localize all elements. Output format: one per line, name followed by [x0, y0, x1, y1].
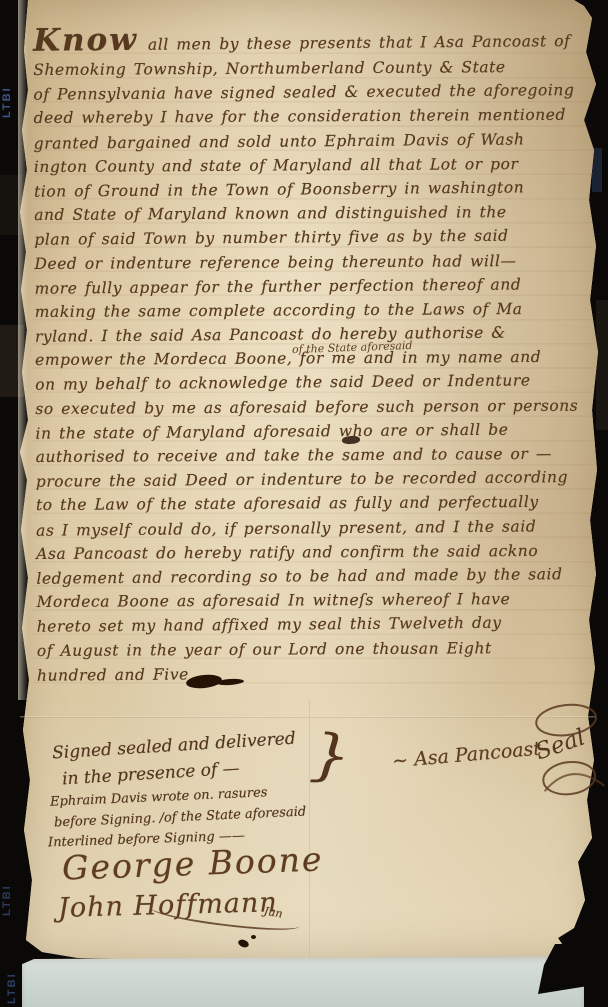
manuscript-line: of August in the year of our Lord one th…	[37, 635, 603, 663]
spine-label: LTBI	[1, 52, 13, 118]
manuscript-line-text: all men by these presents that I Asa Pan…	[148, 32, 571, 54]
manuscript-line: deed whereby I have for the consideratio…	[34, 103, 600, 131]
opening-word: Know	[33, 22, 138, 59]
manuscript-line: as I myself could do, if personally pres…	[36, 513, 602, 542]
manuscript-line: in the state of Maryland aforesaid who a…	[35, 417, 601, 446]
manuscript-line: ledgement and recording so to be had and…	[36, 562, 602, 591]
attestation-brace: }	[307, 722, 352, 790]
manuscript-line: to the Law of the state aforesaid as ful…	[36, 490, 602, 518]
manuscript-line: Knowall men by these presents that I Asa…	[33, 18, 599, 59]
spine-label: LTBI	[1, 850, 13, 916]
manuscript-line: more fully appear for the further perfec…	[35, 271, 601, 300]
spine-label: LTBI	[6, 944, 18, 1004]
manuscript-line: hundred and Five	[37, 658, 603, 687]
mat-patch	[0, 325, 24, 397]
manuscript-line: tion of Ground in the Town of Boonsberry…	[34, 175, 600, 204]
ink-speck	[251, 935, 256, 939]
signature-prefix: ~	[391, 749, 409, 772]
second-sheet	[22, 956, 584, 1007]
manuscript-line: granted bargained and sold unto Ephraim …	[34, 126, 600, 155]
seal-flourish: Seal	[524, 696, 608, 809]
seal-loops: Seal	[524, 696, 608, 809]
mat-patch	[0, 175, 22, 235]
scanned-manuscript-page: LTBI LTBI LTBI Knowall men by these pres…	[0, 0, 608, 1007]
